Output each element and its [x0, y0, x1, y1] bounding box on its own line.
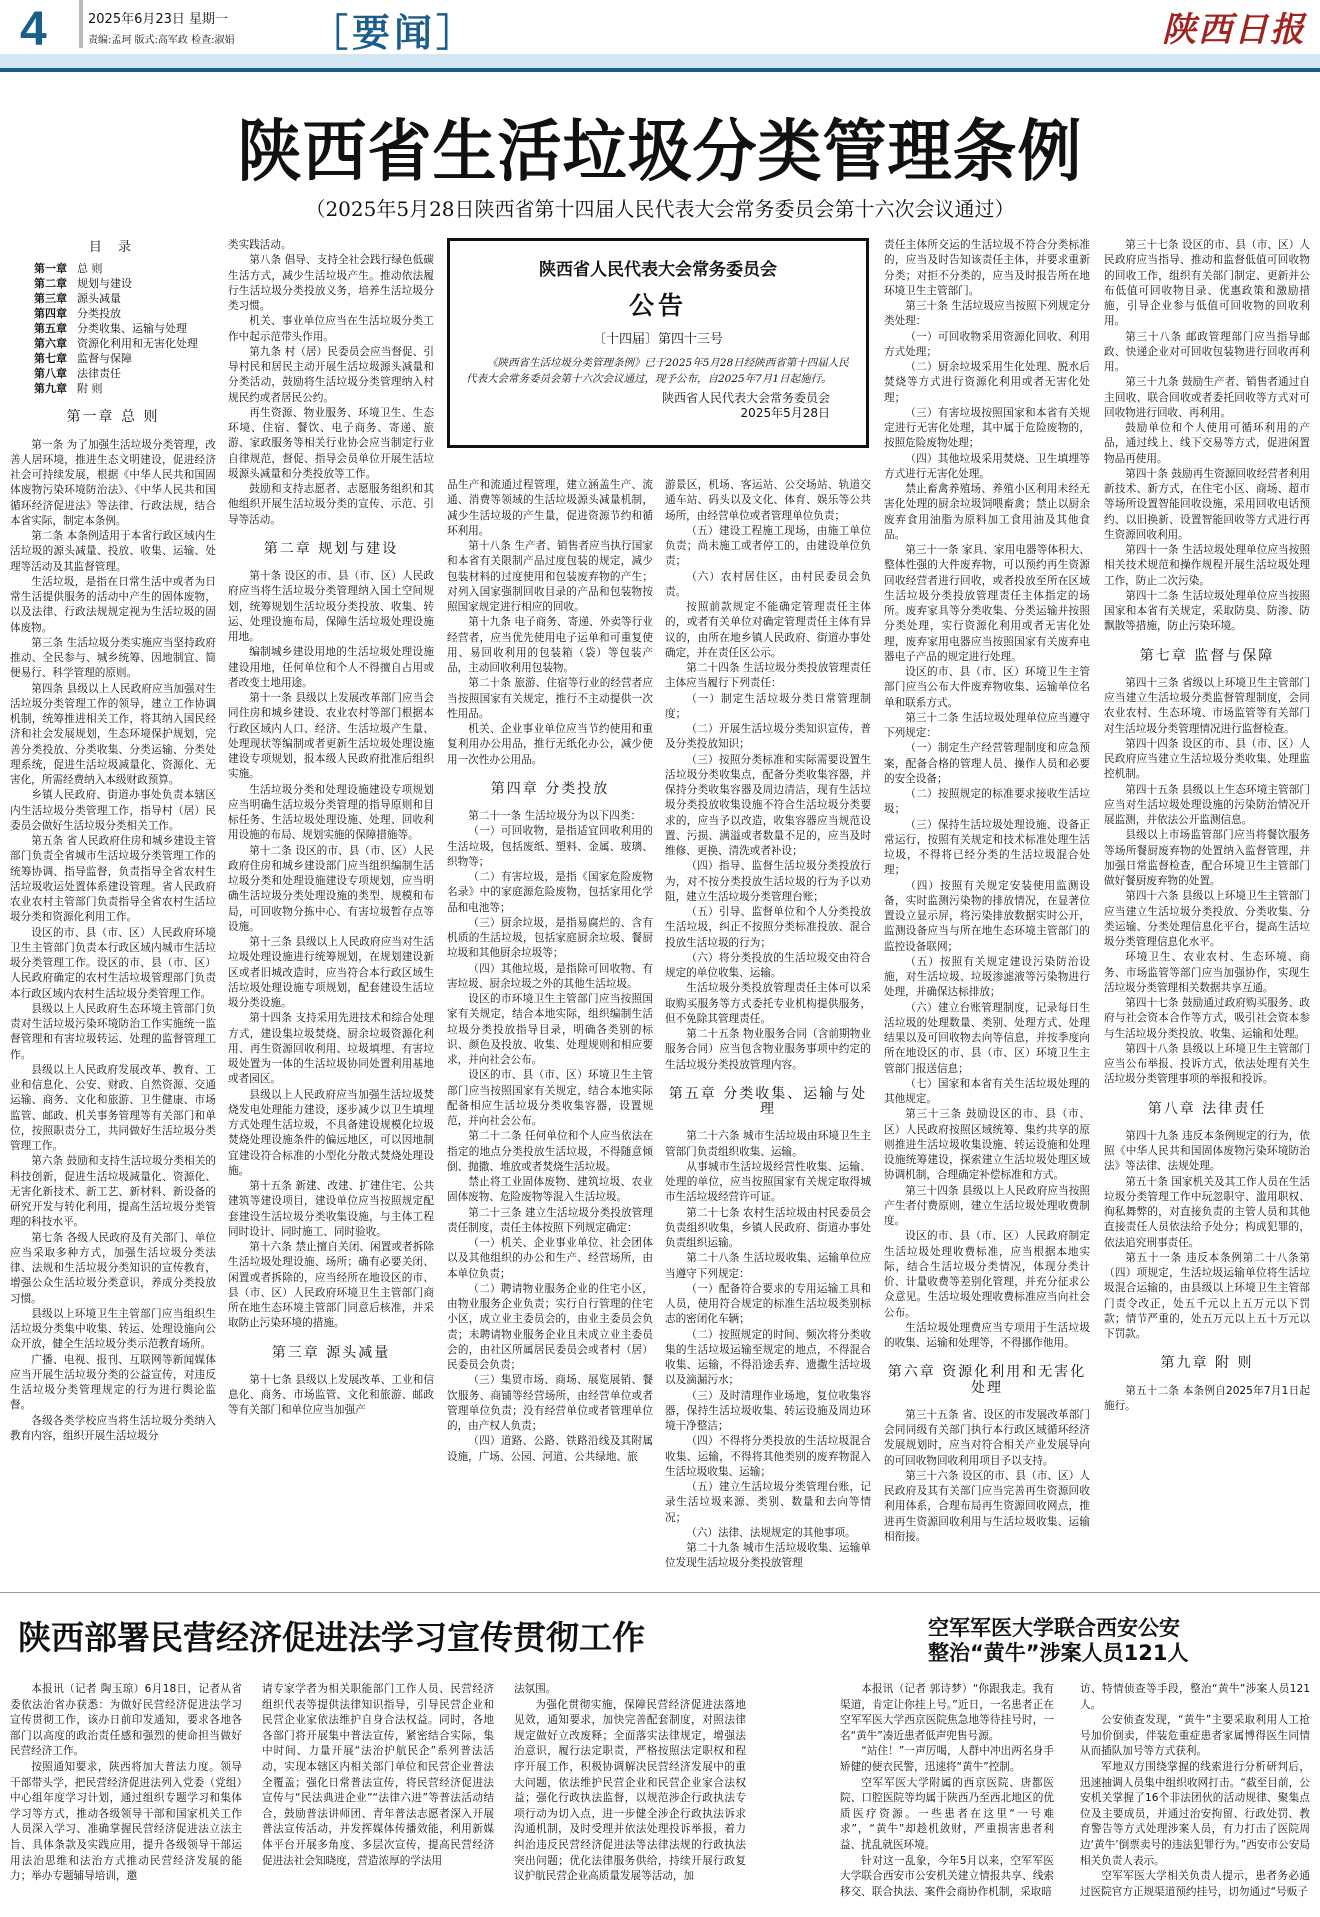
article-paragraph: 第四十五条 县级以上生态环境主管部门应当对生活垃圾处理设施的污染防治情况开展监测…: [1104, 783, 1310, 829]
article-paragraph: （七）国家和本省有关生活垃圾处理的其他规定。: [884, 1077, 1090, 1108]
article-paragraph: 生活垃圾处理费应当专项用于生活垃圾的收集、运输和处理等，不得挪作他用。: [884, 1321, 1090, 1352]
section-label: ［要闻］: [310, 2, 478, 57]
article-paragraph: （二）开展生活垃圾分类知识宣传，普及分类投放知识；: [665, 722, 871, 753]
toc-item: 第四章分类投放: [10, 306, 216, 321]
article-paragraph: 第十三条 县级以上人民政府应当对生活垃圾处理设施进行统筹规划，在规划建设新区或者…: [228, 935, 434, 1011]
article-paragraph: （四）按照有关规定安装使用监测设备，实时监测污染物的排放情况，在显著位置设立显示…: [884, 879, 1090, 955]
article1-column-3: 法氛围。为强化贯彻实施，保障民营经济促进法落地见效，通知要求，加快完善配套制度，…: [514, 1682, 746, 1885]
article-paragraph: （三）及时清理作业场地，复位收集容器，保持生活垃圾收集、转运设施及周边环境干净整…: [665, 1389, 871, 1435]
article-paragraph: 机关、企业事业单位应当节约使用和重复利用办公用品，推行无纸化办公，减少使用一次性…: [447, 722, 653, 768]
header-band: [0, 54, 1320, 68]
article-paragraph: 各级各类学校应当将生活垃圾分类纳入教育内容，组织开展生活垃圾分: [10, 1414, 216, 1445]
chapter-heading: 第四章 分类投放: [447, 782, 653, 797]
signature-date: 2025年5月28日: [466, 406, 830, 421]
toc-item: 第二章规划与建设: [10, 276, 216, 291]
article-paragraph: 按照通知要求，陕西将加大普法力度。领导干部带头学，把民营经济促进法列入党委（党组…: [10, 1760, 242, 1885]
toc-item: 第一章总 则: [10, 261, 216, 276]
article-paragraph: 本报讯（记者 郭诗梦）“你跟我走。我有渠道，肯定让你挂上号。”近日，一名患者正在…: [840, 1682, 1054, 1744]
article-paragraph: 第十九条 电子商务、寄递、外卖等行业经营者，应当优先使用电子运单和可重复使用、易…: [447, 615, 653, 676]
article-paragraph: 空军军医大学相关负责人提示，患者务必通过医院官方正规渠道预约挂号，切勿通过“号贩…: [1080, 1869, 1310, 1900]
article-paragraph: 第四十八条 县级以上环境卫生主管部门应当公布举报、投诉方式，依法处理有关生活垃圾…: [1104, 1042, 1310, 1088]
article-paragraph: 第十一条 县级以上发展改革部门应当会同住房和城乡建设、农业农村等部门根据本行政区…: [228, 691, 434, 783]
article-paragraph: 第三十三条 鼓励设区的市、县（市、区）人民政府按照区域统筹、集约共享的原则推进生…: [884, 1107, 1090, 1183]
article-paragraph: 第三十六条 设区的市、县（市、区）人民政府及其有关部门应当完善再生资源回收利用体…: [884, 1469, 1090, 1545]
article-paragraph: 第一条 为了加强生活垃圾分类管理，改善人居环境，推进生态文明建设，促进经济社会可…: [10, 438, 216, 530]
chapter-heading: 第七章 监督与保障: [1104, 649, 1310, 664]
article-paragraph: （六）将分类投放的生活垃圾交由符合规定的单位收集、运输。: [665, 951, 871, 982]
chapter-heading: 第三章 源头减量: [228, 1346, 434, 1361]
announcement-org: 陕西省人民代表大会常务委员会: [466, 255, 850, 280]
article-paragraph: （一）制定生产经营管理制度和应急预案，配备合格的管理人员、操作人员和必要的安全设…: [884, 741, 1090, 787]
article1-title: 陕西部署民营经济促进法学习宣传贯彻工作: [18, 1612, 645, 1659]
article-paragraph: 空军军医大学附属的西京医院、唐都医院、口腔医院等均属于陕西乃至西北地区的优质医疗…: [840, 1776, 1054, 1854]
editor-credits: 责编:孟珂 版式:高军政 检查:淑娟: [88, 31, 234, 46]
article-paragraph: 第五条 省人民政府住房和城乡建设主管部门负责全省城市生活垃圾分类管理工作的统筹协…: [10, 834, 216, 926]
article-paragraph: 第十五条 新建、改建、扩建住宅、公共建筑等建设项目，建设单位应当按照规定配套建设…: [228, 1179, 434, 1240]
article-paragraph: 环境卫生、农业农村、生态环境、商务、市场监管等部门应当加强协作，实现生活垃圾分类…: [1104, 950, 1310, 996]
chapter-heading: 第二章 规划与建设: [228, 542, 434, 557]
signature-org: 陕西省人民代表大会常务委员会: [466, 391, 830, 406]
article-paragraph: （四）不得将分类投放的生活垃圾混合收集、运输，不得将其他类别的废弃物混入生活垃圾…: [665, 1434, 871, 1480]
article-paragraph: （四）其他垃圾采用焚烧、卫生填埋等方式进行无害化处理。: [884, 452, 1090, 483]
article-paragraph: （四）道路、公路、铁路沿线及其附属设施，广场、公园、河道、公共绿地、旅: [447, 1434, 653, 1465]
article-paragraph: 第三十二条 生活垃圾处理单位应当遵守下列规定：: [884, 711, 1090, 742]
article2-title-line1: 空军军医大学联合西安公安: [928, 1616, 1188, 1641]
article-paragraph: （六）农村居住区，由村民委员会负责。: [665, 570, 871, 601]
article-paragraph: （六）建立台账管理制度，记录每日生活垃圾的处理数量、类别、处理方式、处理结果以及…: [884, 1001, 1090, 1077]
chapter-heading: 第一章 总 则: [10, 410, 216, 425]
article-paragraph: 第十八条 生产者、销售者应当执行国家和本省有关限制产品过度包装的规定，减少包装材…: [447, 539, 653, 615]
article-paragraph: 第二十六条 城市生活垃圾由环境卫生主管部门负责组织收集、运输。: [665, 1129, 871, 1160]
article-paragraph: 第六条 鼓励和支持生活垃圾分类相关的科技创新，促进生活垃圾减量化、资源化、无害化…: [10, 1154, 216, 1230]
toc-item: 第七章监督与保障: [10, 351, 216, 366]
article-paragraph: 第二十四条 生活垃圾分类投放管理责任主体应当履行下列责任：: [665, 661, 871, 692]
article-paragraph: 第二十七条 农村生活垃圾由村民委员会负责组织收集，乡镇人民政府、街道办事处负责组…: [665, 1206, 871, 1252]
article-paragraph: 生活垃圾分类和处理设施建设专项规划应当明确生活垃圾分类管理的指导原则和目标任务、…: [228, 783, 434, 844]
article-paragraph: 县级以上市场监管部门应当将餐饮服务等场所餐厨废弃物的处置纳入监督管理，并加强日常…: [1104, 828, 1310, 889]
article-paragraph: 类实践活动。: [228, 238, 434, 253]
article-paragraph: 鼓励单位和个人使用可循环利用的产品，通过线上、线下交易等方式，促进闲置物品再使用…: [1104, 421, 1310, 467]
article-paragraph: 广播、电视、报刊、互联网等新闻媒体应当开展生活垃圾分类的公益宣传，对违反生活垃圾…: [10, 1353, 216, 1414]
toc-chapter-name: 法律责任: [77, 367, 121, 380]
article-paragraph: 第二十五条 物业服务合同（含前期物业服务合同）应当包含物业服务事项中约定的生活垃…: [665, 1027, 871, 1073]
article-paragraph: 第四十七条 鼓励通过政府购买服务、政府与社会资本合作等方式，吸引社会资本参与生活…: [1104, 996, 1310, 1042]
article-paragraph: （二）按照规定的标准要求接收生活垃圾；: [884, 787, 1090, 818]
issue-date: 2025年6月23日 星期一: [88, 8, 228, 27]
article-paragraph: 第二十二条 任何单位和个人应当依法在指定的地点分类投放生活垃圾，不得随意倾倒、抛…: [447, 1129, 653, 1175]
article-paragraph: （五）按照有关规定建设污染防治设施，对生活垃圾、垃圾渗滤液等污染物进行处理，并确…: [884, 955, 1090, 1001]
article-paragraph: 第四十三条 省级以上环境卫生主管部门应当建立生活垃圾分类监督管理制度，会同农业农…: [1104, 676, 1310, 737]
article2-title: 空军军医大学联合西安公安 整治“黄牛”涉案人员121人: [928, 1616, 1188, 1666]
article-paragraph: 机关、事业单位应当在生活垃圾分类工作中起示范带头作用。: [228, 314, 434, 345]
article-paragraph: 第三十四条 县级以上人民政府应当按照产生者付费原则，建立生活垃圾处理收费制度。: [884, 1184, 1090, 1230]
article-paragraph: 设区的市、县（市、区）人民政府制定生活垃圾处理收费标准，应当根据本地实际，结合生…: [884, 1229, 1090, 1321]
article-paragraph: 品生产和流通过程管理，建立涵盖生产、流通、消费等领域的生活垃圾源头减量机制，减少…: [447, 478, 653, 539]
article-paragraph: 本报讯（记者 陶玉琼）6月18日，记者从省委依法治省办获悉：为做好民营经济促进法…: [10, 1682, 242, 1760]
masthead-divider: [79, 0, 83, 48]
article-paragraph: 第二十条 旅游、住宿等行业的经营者应当按照国家有关规定，推行不主动提供一次性用品…: [447, 676, 653, 722]
article-paragraph: 禁止畜禽养殖场、养殖小区利用未经无害化处理的厨余垃圾饲喂畜禽；禁止以厨余废弃食用…: [884, 482, 1090, 543]
toc-item: 第九章附 则: [10, 381, 216, 396]
article-paragraph: 第九条 村（居）民委员会应当督促、引导村民和居民主动开展生活垃圾源头减量和分类活…: [228, 345, 434, 406]
article-paragraph: （五）建设工程施工现场，由施工单位负责；尚未施工或者停工的，由建设单位负责；: [665, 524, 871, 570]
article-paragraph: 针对这一乱象，今年5月以来，空军军医大学联合西安市公安机关建立情报共享、线索移交…: [840, 1854, 1054, 1901]
toc-chapter-number: 第五章: [34, 322, 67, 335]
article-paragraph: （六）法律、法规规定的其他事项。: [665, 1526, 871, 1541]
article-column-3: 品生产和流通过程管理，建立涵盖生产、流通、消费等领域的生活垃圾源头减量机制，减少…: [447, 478, 653, 1465]
article-paragraph: 编制城乡建设用地的生活垃圾处理设施建设用地，任何单位和个人不得擅自占用或者改变土…: [228, 645, 434, 691]
article-paragraph: 访、特情侦查等手段，整治“黄牛”涉案人员121人。: [1080, 1682, 1310, 1713]
toc-item: 第六章资源化利用和无害化处理: [10, 336, 216, 351]
article-paragraph: 第四十条 鼓励再生资源回收经营者利用新技术、新方式，在住宅小区、商场、超市等场所…: [1104, 467, 1310, 543]
article-paragraph: 禁止将工业固体废物、建筑垃圾、农业固体废物、危险废物等混入生活垃圾。: [447, 1175, 653, 1206]
chapter-heading: 第六章 资源化利用和无害化处理: [884, 1365, 1090, 1396]
article-paragraph: 鼓励和支持志愿者、志愿服务组织和其他组织开展生活垃圾分类的宣传、示范、引导等活动…: [228, 482, 434, 528]
article-paragraph: 为强化贯彻实施，保障民营经济促进法落地见效，通知要求，加快完善配套制度，对照法律…: [514, 1698, 746, 1885]
toc-item: 第五章分类收集、运输与处理: [10, 321, 216, 336]
article-paragraph: 第二十九条 城市生活垃圾收集、运输单位发现生活垃圾分类投放管理: [665, 1541, 871, 1572]
toc-chapter-name: 附 则: [77, 382, 103, 395]
chapter-heading: 第九章 附 则: [1104, 1356, 1310, 1371]
article-paragraph: 第二十三条 建立生活垃圾分类投放管理责任制度，责任主体按照下列规定确定：: [447, 1206, 653, 1237]
article-paragraph: （四）其他垃圾，是指除可回收物、有害垃圾、厨余垃圾之外的其他生活垃圾。: [447, 962, 653, 993]
article-paragraph: 第三十一条 家具、家用电器等体积大、整体性强的大件废弃物，可以预约再生资源回收经…: [884, 543, 1090, 665]
article-paragraph: 第四十六条 县级以上环境卫生主管部门应当建立生活垃圾分类投放、分类收集、分类运输…: [1104, 889, 1310, 950]
article-paragraph: 县级以上人民政府应当加强生活垃圾焚烧发电处理能力建设，逐步减少以卫生填埋方式处理…: [228, 1088, 434, 1180]
article-paragraph: （三）集贸市场、商场、展览展销、餐饮服务、商铺等经营场所，由经营单位或者管理单位…: [447, 1373, 653, 1434]
article-paragraph: （二）有害垃圾，是指《国家危险废物名录》中的家庭源危险废物，包括家用化学品和电池…: [447, 870, 653, 916]
article-paragraph: （一）可回收物采用资源化回收、利用方式处理；: [884, 330, 1090, 361]
article-paragraph: （一）可回收物，是指适宜回收利用的生活垃圾，包括废纸、塑料、金属、玻璃、织物等；: [447, 824, 653, 870]
article-paragraph: （三）厨余垃圾，是指易腐烂的、含有机质的生活垃圾，包括家庭厨余垃圾、餐厨垃圾和其…: [447, 916, 653, 962]
chapter-heading: 第五章 分类收集、运输与处理: [665, 1087, 871, 1118]
article-paragraph: 设区的市、县（市、区）环境卫生主管部门应当按照国家有关规定，结合本地实际配备相应…: [447, 1068, 653, 1129]
announcement-body: 《陕西省生活垃圾分类管理条例》已于2025年5月28日经陕西省第十四届人民代表大…: [466, 355, 850, 387]
article-paragraph: （二）按照规定的时间、频次将分类收集的生活垃圾运输至规定的地点，不得混合收集、运…: [665, 1328, 871, 1389]
article-paragraph: 第四十二条 生活垃圾处理单位应当按照国家和本省有关规定，采取防臭、防渗、防飘散等…: [1104, 589, 1310, 635]
section-divider: [0, 1592, 1320, 1593]
announcement-number: 〔十四届〕第四十三号: [466, 328, 850, 347]
article-paragraph: （三）有害垃圾按照国家和本省有关规定进行无害化处理，其中属于危险废物的，按照危险…: [884, 406, 1090, 452]
toc-chapter-number: 第七章: [34, 352, 67, 365]
toc-chapter-number: 第九章: [34, 382, 67, 395]
article-column-5: 责任主体所交运的生活垃圾不符合分类标准的，应当及时告知该责任主体，并要求重新分类…: [884, 238, 1090, 1545]
header-rule: [0, 68, 1320, 72]
article-paragraph: 第八条 倡导、支持全社会践行绿色低碳生活方式，减少生活垃圾产生。推动依法履行生活…: [228, 253, 434, 314]
article-paragraph: （四）指导、监督生活垃圾分类投放行为，对不按分类投放生活垃圾的行为予以劝阻，建立…: [665, 859, 871, 905]
chapter-heading: 第八章 法律责任: [1104, 1102, 1310, 1117]
article-paragraph: 设区的市、县（市、区）人民政府环境卫生主管部门负责本行政区域内城市生活垃圾分类管…: [10, 926, 216, 1002]
toc-chapter-name: 总 则: [77, 262, 103, 275]
toc-chapter-name: 资源化利用和无害化处理: [77, 337, 198, 350]
article-paragraph: 按照前款规定不能确定管理责任主体的，或者有关单位对确定管理责任主体有异议的，由所…: [665, 600, 871, 661]
article-paragraph: 再生资源、物业服务、环境卫生、生态环境、住宿、餐饮、电子商务、寄递、旅游、家政服…: [228, 406, 434, 482]
article-paragraph: （五）建立生活垃圾分类管理台账，记录生活垃圾来源、类别、数量和去向等情况；: [665, 1480, 871, 1526]
article-paragraph: 第三条 生活垃圾分类实施应当坚持政府推动、全民参与、城乡统筹、因地制宜、简便易行…: [10, 636, 216, 682]
article-paragraph: 设区的市、县（市、区）环境卫生主管部门应当公布大件废弃物收集、运输单位名单和联系…: [884, 665, 1090, 711]
toc-chapter-name: 规划与建设: [77, 277, 132, 290]
toc-chapter-number: 第一章: [34, 262, 67, 275]
article-paragraph: 县级以上人民政府发展改革、教育、工业和信息化、公安、财政、自然资源、交通运输、商…: [10, 1063, 216, 1155]
article-paragraph: 第二条 本条例适用于本省行政区域内生活垃圾的源头减量、投放、收集、运输、处理等活…: [10, 529, 216, 575]
article-paragraph: （二）聘请物业服务企业的住宅小区，由物业服务企业负责；实行自行管理的住宅小区，成…: [447, 1282, 653, 1374]
article-paragraph: 请专家学者为相关职能部门工作人员、民营经济组织代表等提供法律知识指导，引导民营企…: [262, 1682, 494, 1869]
article-paragraph: 县级以上环境卫生主管部门应当组织生活垃圾分类集中收集、转运、处理设施向公众开放，…: [10, 1307, 216, 1353]
article-paragraph: 第十六条 禁止擅自关闭、闲置或者拆除生活垃圾处理设施、场所；确有必要关闭、闲置或…: [228, 1240, 434, 1332]
newspaper-logo: 陕西日报: [1162, 2, 1306, 51]
toc-title: 目 录: [10, 240, 216, 255]
article-paragraph: 第三十七条 设区的市、县（市、区）人民政府应当指导、推动和监督低值可回收物的回收…: [1104, 238, 1310, 330]
article-paragraph: （三）按照分类标准和实际需要设置生活垃圾分类收集点，配备分类收集容器，并保持分类…: [665, 753, 871, 860]
announcement-box: 陕西省人民代表大会常务委员会 公告 〔十四届〕第四十三号 《陕西省生活垃圾分类管…: [447, 238, 869, 448]
article-paragraph: 第三十条 生活垃圾应当按照下列规定分类处理：: [884, 299, 1090, 330]
article-paragraph: 第四十一条 生活垃圾处理单位应当按照相关技术规范和操作规程开展生活垃圾处理工作，…: [1104, 543, 1310, 589]
masthead: 4 2025年6月23日 星期一 责编:孟珂 版式:高军政 检查:淑娟 ［要闻］…: [0, 0, 1320, 54]
article-paragraph: 游景区，机场、客运站、公交场站、轨道交通车站、码头以及文化、体育、娱乐等公共场所…: [665, 478, 871, 524]
article-paragraph: 第十七条 县级以上发展改革、工业和信息化、商务、市场监管、文化和旅游、邮政等有关…: [228, 1373, 434, 1419]
toc-chapter-name: 分类收集、运输与处理: [77, 322, 187, 335]
article2-column-2: 访、特情侦查等手段，整治“黄牛”涉案人员121人。公安侦查发现，“黄牛”主要采取…: [1080, 1682, 1310, 1900]
article2-column-1: 本报讯（记者 郭诗梦）“你跟我走。我有渠道，肯定让你挂上号。”近日，一名患者正在…: [840, 1682, 1054, 1900]
article-paragraph: 第三十八条 邮政管理部门应当指导邮政、快递企业对可回收包装物进行回收再利用。: [1104, 330, 1310, 376]
article-paragraph: 生活垃圾，是指在日常生活中或者为日常生活提供服务的活动中产生的固体废物，以及法律…: [10, 575, 216, 636]
announcement-signature: 陕西省人民代表大会常务委员会 2025年5月28日: [466, 391, 850, 421]
article-paragraph: （三）保持生活垃圾处理设施、设备正常运行，按照有关规定和技术标准处理生活垃圾，不…: [884, 818, 1090, 879]
article-paragraph: 从事城市生活垃圾经营性收集、运输、处理的单位，应当按照国家有关规定取得城市生活垃…: [665, 1160, 871, 1206]
article-paragraph: “站住！”一声厉喝，人群中冲出两名身手矫健的便衣民警，迅速将“黄牛”控制。: [840, 1744, 1054, 1775]
table-of-contents: 第一章总 则第二章规划与建设第三章源头减量第四章分类投放第五章分类收集、运输与处…: [10, 261, 216, 396]
article-paragraph: 第四十四条 设区的市、县（市、区）人民政府应当建立生活垃圾分类收集、处理监控机制…: [1104, 737, 1310, 783]
article2-title-line2: 整治“黄牛”涉案人员121人: [928, 1641, 1188, 1666]
article-paragraph: 法氛围。: [514, 1682, 746, 1698]
toc-chapter-number: 第四章: [34, 307, 67, 320]
toc-item: 第八章法律责任: [10, 366, 216, 381]
article-paragraph: 第十四条 支持采用先进技术和综合处理方式，建设集垃圾焚烧、厨余垃圾资源化利用、再…: [228, 1011, 434, 1087]
lead-title: 陕西省生活垃圾分类管理条例: [0, 98, 1320, 195]
page-number: 4: [20, 2, 47, 57]
article-column-4: 游景区，机场、客运站、公交场站、轨道交通车站、码头以及文化、体育、娱乐等公共场所…: [665, 478, 871, 1572]
article-column-1: 目 录 第一章总 则第二章规划与建设第三章源头减量第四章分类投放第五章分类收集、…: [10, 238, 216, 1444]
toc-chapter-name: 监督与保障: [77, 352, 132, 365]
article-paragraph: 第四条 县级以上人民政府应当加强对生活垃圾分类管理工作的领导，建立工作协调机制，…: [10, 682, 216, 789]
toc-chapter-number: 第三章: [34, 292, 67, 305]
article-paragraph: 第五十二条 本条例自2025年7月1日起施行。: [1104, 1384, 1310, 1415]
article-paragraph: 乡镇人民政府、街道办事处负责本辖区内生活垃圾分类管理工作，指导村（居）民委员会做…: [10, 788, 216, 834]
article-paragraph: 第三十五条 省、设区的市发展改革部门会同同级有关部门执行本行政区域循环经济发展规…: [884, 1408, 1090, 1469]
article-column-2: 类实践活动。第八条 倡导、支持全社会践行绿色低碳生活方式，减少生活垃圾产生。推动…: [228, 238, 434, 1419]
article-paragraph: （二）厨余垃圾采用生化处理、脱水后焚烧等方式进行资源化利用或者无害化处理；: [884, 360, 1090, 406]
article-paragraph: 第四十九条 违反本条例规定的行为，依照《中华人民共和国固体废物污染环境防治法》等…: [1104, 1129, 1310, 1175]
article-paragraph: 责任主体所交运的生活垃圾不符合分类标准的，应当及时告知该责任主体，并要求重新分类…: [884, 238, 1090, 299]
article-column-6: 第三十七条 设区的市、县（市、区）人民政府应当指导、推动和监督低值可回收物的回收…: [1104, 238, 1310, 1414]
article-paragraph: 军地双方围绕掌握的线索进行分析研判后，迅速抽调人员集中组织收网打击。“截至目前，…: [1080, 1760, 1310, 1869]
article-paragraph: （一）配备符合要求的专用运输工具和人员，使用符合规定的标准生活垃圾类别标志的密闭…: [665, 1282, 871, 1328]
article-paragraph: 县级以上人民政府生态环境主管部门负责对生活垃圾污染环境防治工作实施统一监督管理和…: [10, 1002, 216, 1063]
article-paragraph: （一）机关、企业事业单位、社会团体以及其他组织的办公和生产、经营场所，由本单位负…: [447, 1236, 653, 1282]
article1-column-2: 请专家学者为相关职能部门工作人员、民营经济组织代表等提供法律知识指导，引导民营企…: [262, 1682, 494, 1869]
article-paragraph: 生活垃圾分类投放管理责任主体可以采取购买服务等方式委托专业机构提供服务，但不免除…: [665, 981, 871, 1027]
article-paragraph: 公安侦查发现，“黄牛”主要采取利用人工抢号加价倒卖，伴装危重症患者家属博得医生同…: [1080, 1713, 1310, 1760]
article-paragraph: （一）制定生活垃圾分类日常管理制度；: [665, 692, 871, 723]
article-paragraph: （五）引导、监督单位和个人分类投放生活垃圾，纠正不按照分类标准投放、混合投放生活…: [665, 905, 871, 951]
lead-subtitle: （2025年5月28日陕西省第十四届人民代表大会常务委员会第十六次会议通过）: [0, 193, 1320, 222]
article-paragraph: 第二十一条 生活垃圾分为以下四类：: [447, 809, 653, 824]
toc-chapter-number: 第八章: [34, 367, 67, 380]
article-paragraph: 设区的市环境卫生主管部门应当按照国家有关规定，结合本地实际，组织编制生活垃圾分类…: [447, 992, 653, 1068]
article-paragraph: 第七条 各级人民政府及有关部门、单位应当采取多种方式，加强生活垃圾分类法律、法规…: [10, 1231, 216, 1307]
toc-chapter-number: 第六章: [34, 337, 67, 350]
article-paragraph: 第五十一条 违反本条例第二十八条第（四）项规定，生活垃圾运输单位将生活垃圾混合运…: [1104, 1251, 1310, 1343]
toc-item: 第三章源头减量: [10, 291, 216, 306]
article-paragraph: 第十二条 设区的市、县（市、区）人民政府住房和城乡建设部门应当组织编制生活垃圾分…: [228, 844, 434, 936]
article-paragraph: 第十条 设区的市、县（市、区）人民政府应当将生活垃圾分类管理纳入国土空间规划，统…: [228, 569, 434, 645]
toc-chapter-name: 源头减量: [77, 292, 121, 305]
article1-column-1: 本报讯（记者 陶玉琼）6月18日，记者从省委依法治省办获悉：为做好民营经济促进法…: [10, 1682, 242, 1885]
toc-chapter-name: 分类投放: [77, 307, 121, 320]
article-paragraph: 第五十条 国家机关及其工作人员在生活垃圾分类管理工作中玩忽职守、滥用职权、徇私舞…: [1104, 1175, 1310, 1251]
article-paragraph: 第二十八条 生活垃圾收集、运输单位应当遵守下列规定：: [665, 1251, 871, 1282]
announcement-kind: 公告: [466, 286, 850, 322]
toc-chapter-number: 第二章: [34, 277, 67, 290]
article-paragraph: 第三十九条 鼓励生产者、销售者通过自主回收、联合回收或者委托回收等方式对可回收物…: [1104, 375, 1310, 421]
